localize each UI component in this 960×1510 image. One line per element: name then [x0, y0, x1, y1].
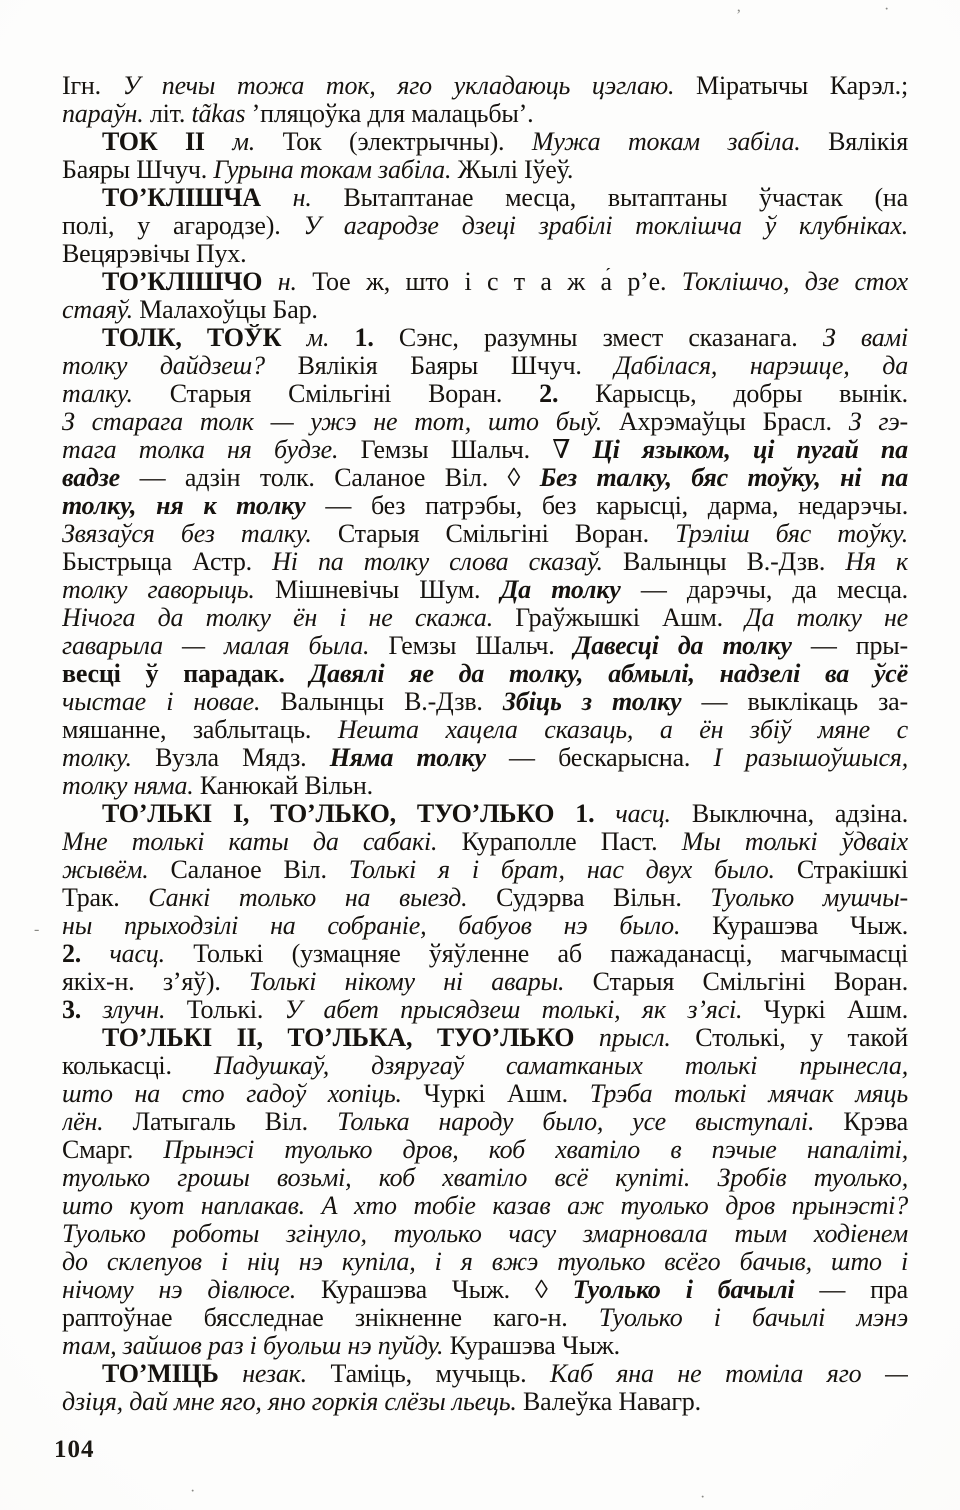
- text-run: мяшанне, заблытаць.: [62, 716, 338, 744]
- text-run: Курашэва Чыж.: [712, 912, 908, 940]
- text-line: толку дайдзеш? Вялікія Баяры Шчуч. Дабіл…: [62, 352, 908, 380]
- text-run: Гурына токам забіла.: [213, 156, 457, 184]
- text-run: ТО’ЛЬКІ I, ТО’ЛЬКО, ТУО’ЛЬКО 1.: [102, 800, 615, 828]
- text-run: Туолько роботы згінуло, туолько часу зма…: [62, 1220, 908, 1248]
- text-run: там, зайшов раз і буольш нэ пуйду.: [62, 1332, 450, 1360]
- text-run: Ня к: [845, 548, 908, 576]
- text-run: Таміць, мучыць.: [331, 1360, 550, 1388]
- text-run: лён.: [62, 1108, 133, 1136]
- text-run: Гемзы Шальч.: [388, 632, 573, 660]
- text-run: Да толку не: [745, 604, 908, 632]
- text-line: Ігн. У печы тожа ток, яго укладаюць цэгл…: [62, 72, 908, 100]
- text-run: толку, ня к толку: [62, 492, 325, 520]
- text-run: З гэ-: [849, 408, 908, 436]
- text-run: — пра: [819, 1276, 908, 1304]
- text-run: З вамі: [823, 324, 908, 352]
- text-run: Ахрэмаўцы Брасл.: [619, 408, 849, 436]
- text-line: толку няма. Канюкай Вільн.: [62, 772, 908, 800]
- text-line: 3. злучн. Толькі. У абет прысядзеш тольк…: [62, 996, 908, 1024]
- text-run: туолько грошы возьмі, коб хватіло всё ку…: [62, 1164, 908, 1192]
- text-run: Малахоўцы Бар.: [139, 296, 317, 324]
- text-run: Санкі только на выезд.: [148, 884, 496, 912]
- text-run: tãkas: [191, 100, 251, 128]
- text-run: колькасці.: [62, 1052, 214, 1080]
- text-run: Ні па толку слова сказаў.: [272, 548, 623, 576]
- text-run: Крэва: [843, 1108, 908, 1136]
- text-run: толку гаворыць.: [62, 576, 275, 604]
- text-run: Збіць з толку: [503, 688, 702, 716]
- text-run: літ.: [150, 100, 192, 128]
- text-line: гаварыла — малая была. Гемзы Шальч. Даве…: [62, 632, 908, 660]
- text-run: Няма толку: [330, 744, 509, 772]
- text-run: Вялікія Баяры Шчуч.: [298, 352, 615, 380]
- text-run: У абет прысядзеш толькі, як з’ясі.: [285, 996, 764, 1024]
- text-line: нічому нэ дівлюсе. Курашэва Чыж. ◊ Туоль…: [62, 1276, 908, 1304]
- text-line: Туолько роботы згінуло, туолько часу зма…: [62, 1220, 908, 1248]
- text-run: ’пляцоўка для малацьбы’.: [252, 100, 534, 128]
- text-line: толку гаворыць. Мішневічы Шум. Да толку …: [62, 576, 908, 604]
- text-block: Ігн. У печы тожа ток, яго укладаюць цэгл…: [62, 72, 908, 1416]
- scan-speck: ʼ: [736, 8, 741, 24]
- text-line: ТО’ЛЬКІ I, ТО’ЛЬКО, ТУО’ЛЬКО 1. часц. Вы…: [62, 800, 908, 828]
- text-line: З старага толк — ужэ не тот, што быў. Ах…: [62, 408, 908, 436]
- text-run: толку няма.: [62, 772, 200, 800]
- text-run: Каб яна не томіла яго —: [550, 1360, 908, 1388]
- text-line: жывём. Саланое Віл. Толькі я і брат, нас…: [62, 856, 908, 884]
- text-line: Трак. Санкі только на выезд. Судэрва Віл…: [62, 884, 908, 912]
- text-line: туолько грошы возьмі, коб хватіло всё ку…: [62, 1164, 908, 1192]
- text-run: Падушкаў, дзяругаў саматканых толькі пры…: [214, 1052, 908, 1080]
- text-run: н.: [293, 184, 344, 212]
- dictionary-page: Ігн. У печы тожа ток, яго укладаюць цэгл…: [0, 0, 960, 1510]
- text-run: Гемзы Шальч. ∇: [361, 436, 593, 464]
- text-run: 2.: [62, 940, 109, 968]
- text-line: вадзе — адзін толк. Саланое Віл. ◊ Без т…: [62, 464, 908, 492]
- text-run: полі, у агародзе).: [62, 212, 303, 240]
- text-line: толку. Вузла Мядз. Няма толку — бескарыс…: [62, 744, 908, 772]
- text-run: Да толку: [501, 576, 641, 604]
- text-run: 3.: [62, 996, 103, 1024]
- text-run: Трак.: [62, 884, 148, 912]
- text-run: 2.: [539, 380, 595, 408]
- text-line: Нічога да толку ён і не скажа. Граўжышкі…: [62, 604, 908, 632]
- text-run: прысл.: [599, 1024, 695, 1052]
- text-line: до склепуов і ніц нэ купіла, і я вжэ туо…: [62, 1248, 908, 1276]
- text-run: ТО’МІЦЬ: [102, 1360, 242, 1388]
- text-line: параўн. літ. tãkas ’пляцоўка для малацьб…: [62, 100, 908, 128]
- text-run: Баяры Шчуч.: [62, 156, 213, 184]
- text-run: Трэліш бяс тоўку.: [675, 520, 908, 548]
- text-run: — бескарысна.: [509, 744, 713, 772]
- text-line: Звязаўся без талку. Старыя Смільгіні Вор…: [62, 520, 908, 548]
- text-line: ТО’КЛІШЧО н. Тое ж, што і с т а ж а́ р’е…: [62, 268, 908, 296]
- page-number: 104: [54, 1436, 95, 1464]
- text-line: ТО’МІЦЬ незак. Таміць, мучыць. Каб яна н…: [62, 1360, 908, 1388]
- text-line: лён. Латыгаль Віл. Толька народу было, у…: [62, 1108, 908, 1136]
- text-line: раптоўнае бясследнае знікненне каго-н. Т…: [62, 1304, 908, 1332]
- text-line: толку, ня к толку — без патрэбы, без кар…: [62, 492, 908, 520]
- text-run: Валеўка Навагр.: [523, 1388, 701, 1416]
- text-run: до склепуов і ніц нэ купіла, і я вжэ туо…: [62, 1248, 908, 1276]
- text-run: якіх-н. з’яў).: [62, 968, 249, 996]
- text-run: нічому нэ дівлюсе.: [62, 1276, 321, 1304]
- text-line: там, зайшов раз і буольш нэ пуйду. Кураш…: [62, 1332, 908, 1360]
- text-run: ТОК II: [102, 128, 232, 156]
- text-line: ны прыходзілі на собраніе, бабуов нэ был…: [62, 912, 908, 940]
- text-run: Давесці да толку: [574, 632, 811, 660]
- text-run: Чуркі Ашм.: [764, 996, 908, 1024]
- scan-speck: ·: [190, 1484, 195, 1500]
- text-run: Судэрва Вільн.: [496, 884, 710, 912]
- text-run: Звязаўся без талку.: [62, 520, 338, 548]
- text-run: ТО’КЛІШЧА: [102, 184, 293, 212]
- text-run: Толькі нікому ні авары.: [249, 968, 593, 996]
- text-run: чыстае і новае.: [62, 688, 281, 716]
- text-run: Міратычы Карэл.;: [696, 72, 908, 100]
- text-line: Вецярэвічы Пух.: [62, 240, 908, 268]
- text-run: толку.: [62, 744, 155, 772]
- text-run: Столькі, у такой: [695, 1024, 908, 1052]
- text-line: ТО’ЛЬКІ II, ТО’ЛЬКА, ТУО’ЛЬКО прысл. Сто…: [62, 1024, 908, 1052]
- text-line: Мне толькі каты да сабакі. Кураполле Пас…: [62, 828, 908, 856]
- text-line: колькасці. Падушкаў, дзяругаў саматканых…: [62, 1052, 908, 1080]
- text-run: Выключна, адзіна.: [692, 800, 908, 828]
- text-line: стаяў. Малахоўцы Бар.: [62, 296, 908, 324]
- scan-speck: ·: [700, 1490, 705, 1506]
- text-run: Толькі.: [187, 996, 285, 1024]
- text-run: У агародзе дзеці зрабілі токлішча ў клуб…: [303, 212, 908, 240]
- text-run: вадзе: [62, 464, 140, 492]
- text-run: Жылі Іўеў.: [458, 156, 574, 184]
- text-run: — выклікаць за-: [702, 688, 908, 716]
- text-run: дзіця, дай мне яго, яно горкія слёзы лье…: [62, 1388, 523, 1416]
- text-line: весці ў парадак. Давялі яе да толку, абм…: [62, 660, 908, 688]
- text-run: што на сто гадоў хопіць.: [62, 1080, 424, 1108]
- text-run: злучн.: [103, 996, 187, 1024]
- text-line: Баяры Шчуч. Гурына токам забіла. Жылі Іў…: [62, 156, 908, 184]
- text-run: Вузла Мядз.: [155, 744, 330, 772]
- text-line: што куот наплакав. А хто тобіе казав аж …: [62, 1192, 908, 1220]
- text-run: Кураполле Паст.: [462, 828, 682, 856]
- text-run: Мішневічы Шум.: [275, 576, 501, 604]
- text-run: Старыя Смільгіні Воран.: [593, 968, 908, 996]
- text-run: незак.: [242, 1360, 330, 1388]
- text-run: — дарэчы, да месца.: [641, 576, 908, 604]
- text-run: Нічога да толку ён і не скажа.: [62, 604, 515, 632]
- text-run: талку.: [62, 380, 170, 408]
- text-run: Ток (электрычны).: [283, 128, 532, 156]
- text-line: дзіця, дай мне яго, яно горкія слёзы лье…: [62, 1388, 908, 1416]
- text-line: мяшанне, заблытаць. Нешта хацела сказаць…: [62, 716, 908, 744]
- text-line: Быстрыца Астр. Ні па толку слова сказаў.…: [62, 548, 908, 576]
- text-run: стаяў.: [62, 296, 139, 324]
- text-run: Граўжышкі Ашм.: [515, 604, 745, 632]
- text-run: ны прыходзілі на собраніе, бабуов нэ был…: [62, 912, 712, 940]
- text-run: — адзін толк. Саланое Віл. ◊: [140, 464, 540, 492]
- text-line: ТОК II м. Ток (электрычны). Мужа токам з…: [62, 128, 908, 156]
- text-run: Латыгаль Віл.: [133, 1108, 337, 1136]
- text-run: часц.: [109, 940, 193, 968]
- text-run: Старыя Смільгіні Воран.: [338, 520, 675, 548]
- text-run: тага толка ня будзе.: [62, 436, 361, 464]
- text-run: што куот наплакав. А хто тобіе казав аж …: [62, 1192, 908, 1220]
- text-line: якіх-н. з’яў). Толькі нікому ні авары. С…: [62, 968, 908, 996]
- text-run: Тое ж, што і с т а ж а́ р’е.: [312, 268, 681, 296]
- text-line: 2. часц. Толькі (узмацняе ўяўленне аб па…: [62, 940, 908, 968]
- text-run: У печы тожа ток, яго укладаюць цэглаю.: [123, 72, 696, 100]
- text-run: Старыя Смільгіні Воран.: [170, 380, 539, 408]
- text-run: Туолько і бачылі мэнэ: [599, 1304, 908, 1332]
- text-run: ТОЛК, ТОЎК: [102, 324, 307, 352]
- text-run: Валынцы В.-Дзв.: [281, 688, 503, 716]
- text-run: Вялікія: [828, 128, 908, 156]
- text-run: І разышоўшыся,: [713, 744, 908, 772]
- text-run: Сэнс, разумны змест сказанага.: [399, 324, 823, 352]
- text-run: м.: [307, 324, 355, 352]
- text-run: Без талку, бяс тоўку, ні па: [540, 464, 908, 492]
- text-run: Саланое Віл.: [171, 856, 349, 884]
- text-run: Мы толькі ўдваіх: [682, 828, 908, 856]
- text-line: што на сто гадоў хопіць. Чуркі Ашм. Трэб…: [62, 1080, 908, 1108]
- text-run: Карысць, добры вынік.: [595, 380, 908, 408]
- text-run: З старага толк — ужэ не тот, што быў.: [62, 408, 619, 436]
- text-run: Смарг.: [62, 1136, 163, 1164]
- text-run: Канюкай Вільн.: [200, 772, 373, 800]
- text-run: гаварыла — малая была.: [62, 632, 388, 660]
- scan-speck: -: [34, 922, 39, 938]
- text-run: Давялі яе да толку, абмылі, надзелі ва ў…: [310, 660, 908, 688]
- text-run: весці ў парадак.: [62, 660, 310, 688]
- text-run: ТО’КЛІШЧО: [102, 268, 278, 296]
- text-run: жывём.: [62, 856, 171, 884]
- text-run: Прынэсі туолько дров, коб хватіло в пэчы…: [163, 1136, 908, 1164]
- text-run: — без патрэбы, без карысці, дарма, недар…: [325, 492, 908, 520]
- text-run: толку дайдзеш?: [62, 352, 298, 380]
- text-run: Курашэва Чыж. ◊: [321, 1276, 573, 1304]
- text-run: н.: [278, 268, 313, 296]
- text-line: ТО’КЛІШЧА н. Вытаптанае месца, вытаптаны…: [62, 184, 908, 212]
- text-line: чыстае і новае. Валынцы В.-Дзв. Збіць з …: [62, 688, 908, 716]
- text-run: часц.: [615, 800, 691, 828]
- text-run: Валынцы В.-Дзв.: [623, 548, 845, 576]
- text-run: Туолько мушчы-: [710, 884, 908, 912]
- scan-speck: ·: [884, 2, 889, 18]
- text-run: параўн.: [62, 100, 150, 128]
- text-run: раптоўнае бясследнае знікненне каго-н.: [62, 1304, 599, 1332]
- text-run: м.: [232, 128, 282, 156]
- text-run: Токлішчо, дзе стох: [682, 268, 908, 296]
- text-run: Стракішкі: [797, 856, 908, 884]
- text-run: Курашэва Чыж.: [450, 1332, 620, 1360]
- text-run: — пры-: [811, 632, 908, 660]
- text-run: Ці языком, ці пугай па: [593, 436, 908, 464]
- text-run: Быстрыца Астр.: [62, 548, 272, 576]
- text-run: Туолько і бачылі: [573, 1276, 820, 1304]
- text-run: Вецярэвічы Пух.: [62, 240, 246, 268]
- text-run: Нешта хацела сказаць, а ён збіў мяне с: [338, 716, 908, 744]
- text-line: ТОЛК, ТОЎК м. 1. Сэнс, разумны змест ска…: [62, 324, 908, 352]
- text-run: Вытаптанае месца, вытаптаны ўчастак (на: [343, 184, 908, 212]
- text-run: Ігн.: [62, 72, 123, 100]
- text-run: Толька народу было, усе выступалі.: [337, 1108, 843, 1136]
- text-run: Толькі (узмацняе ўяўленне аб пажаданасці…: [193, 940, 908, 968]
- text-line: Смарг. Прынэсі туолько дров, коб хватіло…: [62, 1136, 908, 1164]
- text-run: Толькі я і брат, нас двух было.: [349, 856, 797, 884]
- text-run: Трэба толькі мячак мяць: [590, 1080, 908, 1108]
- text-line: талку. Старыя Смільгіні Воран. 2. Карысц…: [62, 380, 908, 408]
- text-run: ТО’ЛЬКІ II, ТО’ЛЬКА, ТУО’ЛЬКО: [102, 1024, 599, 1052]
- text-run: Чуркі Ашм.: [424, 1080, 590, 1108]
- text-line: тага толка ня будзе. Гемзы Шальч. ∇ Ці я…: [62, 436, 908, 464]
- text-run: 1.: [355, 324, 399, 352]
- text-run: Мужа токам забіла.: [532, 128, 828, 156]
- text-run: Мне толькі каты да сабакі.: [62, 828, 462, 856]
- text-run: Дабілася, нарэшце, да: [614, 352, 908, 380]
- text-line: полі, у агародзе). У агародзе дзеці зраб…: [62, 212, 908, 240]
